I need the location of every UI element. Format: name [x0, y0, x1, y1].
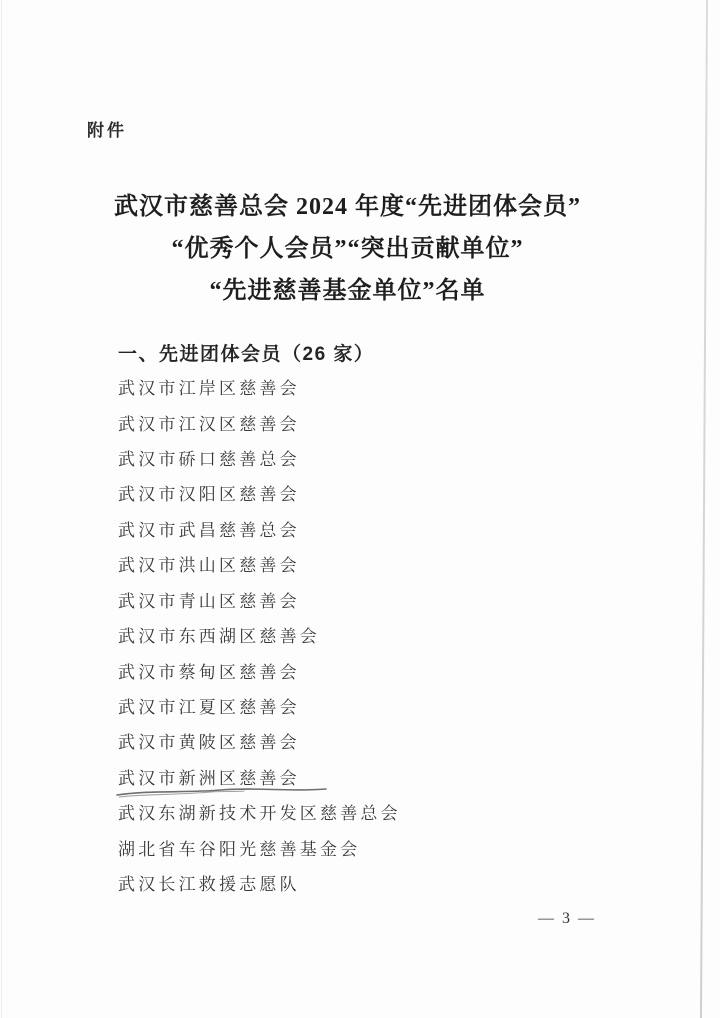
list-item: 武汉市青山区慈善会: [118, 582, 598, 617]
title-line-2: “优秀个人会员”“突出贡献单位”: [0, 228, 695, 270]
list-item-text: 武汉市洪山区慈善会: [118, 551, 300, 576]
document-page: 附件 武汉市慈善总会 2024 年度“先进团体会员” “优秀个人会员”“突出贡献…: [0, 0, 720, 1018]
list-item-text: 武汉市黄陂区慈善会: [118, 728, 300, 753]
list-item-text: 武汉市东西湖区慈善会: [118, 622, 320, 647]
list-item-text: 武汉市江汉区慈善会: [118, 410, 300, 435]
list-item-text: 武汉长江救援志愿队: [118, 870, 300, 895]
list-item: 武汉市东西湖区慈善会: [118, 617, 598, 652]
title-line-3: “先进慈善基金单位”名单: [0, 270, 695, 312]
list-item: 武汉市江汉区慈善会: [118, 404, 598, 439]
list-item-text: 武汉市江岸区慈善会: [118, 374, 300, 399]
section-heading: 一、先进团体会员（26 家）: [118, 339, 374, 366]
list-item: 武汉市江夏区慈善会: [118, 688, 598, 723]
list-item-text: 武汉市新洲区慈善会: [118, 764, 300, 789]
list-item: 武汉市蔡甸区慈善会: [118, 652, 598, 687]
list-item: 武汉市硚口慈善总会: [118, 440, 598, 475]
list-item: 武汉市黄陂区慈善会: [118, 723, 598, 758]
page-number: — 3 —: [517, 910, 617, 928]
list-item: 武汉长江救援志愿队: [118, 865, 598, 900]
list-item: 武汉市武昌慈善总会: [118, 511, 598, 546]
title-line-1: 武汉市慈善总会 2024 年度“先进团体会员”: [0, 186, 695, 228]
list-item-text: 湖北省车谷阳光慈善基金会: [118, 835, 360, 860]
list-item-text: 武汉市蔡甸区慈善会: [118, 658, 300, 683]
scan-edge-line-left: [1, 0, 2, 1018]
list-item: 武汉市江岸区慈善会: [118, 369, 598, 404]
list-item-text: 武汉市硚口慈善总会: [118, 445, 300, 470]
list-item: 武汉市汉阳区慈善会: [118, 475, 598, 510]
list-item-text: 武汉市汉阳区慈善会: [118, 480, 300, 505]
document-title: 武汉市慈善总会 2024 年度“先进团体会员” “优秀个人会员”“突出贡献单位”…: [0, 186, 695, 312]
list-item-text: 武汉市青山区慈善会: [118, 587, 300, 612]
attachment-label: 附件: [87, 116, 127, 141]
list-item-text: 武汉市武昌慈善总会: [118, 516, 300, 541]
list-item-text: 武汉市江夏区慈善会: [118, 693, 300, 718]
list-item-underlined: 武汉市新洲区慈善会: [118, 759, 598, 794]
list-item: 湖北省车谷阳光慈善基金会: [118, 829, 598, 864]
member-list: 武汉市江岸区慈善会 武汉市江汉区慈善会 武汉市硚口慈善总会 武汉市汉阳区慈善会 …: [118, 369, 598, 900]
list-item: 武汉东湖新技术开发区慈善总会: [118, 794, 598, 829]
list-item: 武汉市洪山区慈善会: [118, 546, 598, 581]
scan-edge-line-right: [700, 0, 708, 1018]
list-item-text: 武汉东湖新技术开发区慈善总会: [118, 799, 401, 824]
